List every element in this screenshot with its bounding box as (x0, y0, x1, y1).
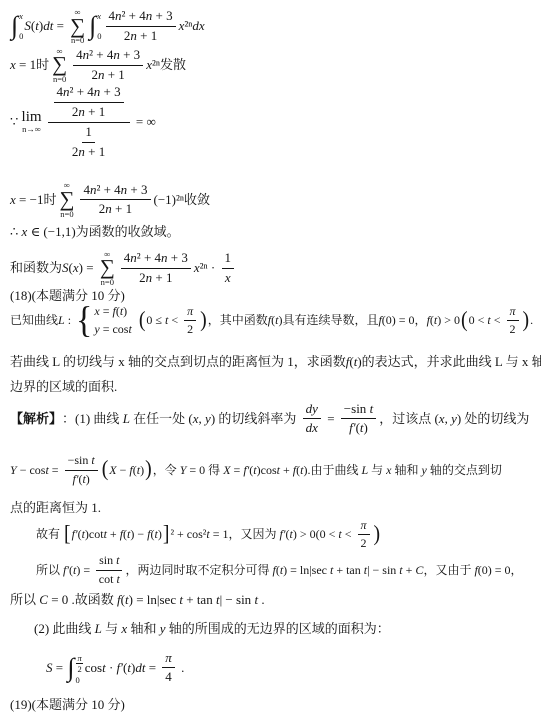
fraction-denominator: 12n + 1 (69, 123, 108, 161)
sum-lower-limit: n=0 (101, 278, 114, 287)
fraction: 4n² + 4n + 32n + 1 (80, 182, 150, 219)
text-run: 收敛 (184, 192, 210, 208)
fraction-numerator: 4n² + 4n + 3 (121, 250, 191, 269)
fraction-numerator: 1 (222, 250, 235, 269)
text-run: ) = (79, 260, 97, 276)
integral-symbol: ∫ (67, 655, 74, 681)
fraction-numerator: dy (303, 401, 321, 420)
math-variable: Y (180, 463, 187, 478)
text-run: ，令 (153, 463, 180, 478)
text-run: 的表达式，并求此曲线 L 与 x 轴与 y 轴无 (362, 354, 541, 370)
text-run: + 1 (152, 270, 172, 287)
text-run: 轴的交点到切 (427, 463, 502, 478)
integral-upper-limit: x (97, 11, 101, 22)
math-variable: π (361, 518, 367, 534)
big-delimiter: ( (461, 310, 468, 332)
math-variable: x (225, 270, 231, 287)
text-run: (0) = 0， (478, 563, 523, 578)
text-run: + 3 (152, 8, 172, 25)
text-run: ) 的切线斜率为 (211, 411, 300, 427)
text-run: · (106, 660, 117, 676)
text-run: ) − (130, 527, 147, 542)
summation: ∞∑n=0 (70, 8, 85, 45)
text-run: 和函数为 (10, 260, 62, 276)
math-variable: Y (10, 463, 17, 478)
text-run: = (53, 660, 67, 676)
integral-lower-limit: 0 (75, 675, 83, 686)
line-analysis-part1: 【解析】：(1) 曲线 L 在任一处 (x, y) 的切线斜率为 dydx = … (0, 401, 541, 438)
fraction-numerator: 4n² + 4n + 3 (73, 47, 143, 66)
cases-row: x = f(t) (94, 304, 131, 319)
big-delimiter: ) (145, 459, 152, 481)
text-run: sin (99, 553, 116, 569)
math-variable: π (77, 654, 81, 663)
text-run: ) (364, 420, 368, 437)
math-variable: t (370, 401, 374, 418)
text-run: 若曲线 L 的切线与 x 轴的交点到切点的距离恒为 1，求函数 (10, 354, 346, 370)
text-run: 点的距离恒为 1. (10, 500, 101, 516)
fraction-denominator: 4 (165, 668, 172, 686)
math-variable: dt (135, 660, 145, 676)
fraction: 4n² + 4n + 32n + 1 (121, 250, 191, 287)
fraction-denominator: x (225, 269, 231, 287)
text-run: = (49, 463, 62, 478)
text-run: ) > 0(0 < (293, 527, 339, 542)
fraction: 4n² + 4n + 32n + 1 (73, 47, 143, 84)
line-problem-statement-a: 若曲线 L 的切线与 x 轴的交点到切点的距离恒为 1，求函数f(t)的表达式，… (0, 354, 541, 370)
text-run: ) (158, 527, 162, 542)
text-run: ∵ (10, 114, 22, 130)
line-function-expression: 所以 C = 0 .故函数 f(t) = ln|sec t + tan t| −… (0, 592, 541, 608)
text-run: 在任一处 ( (130, 411, 193, 427)
text-run: | − sin (367, 563, 399, 578)
big-delimiter: ) (523, 310, 530, 332)
left-brace: { (76, 304, 92, 338)
text-run: + tan (183, 592, 216, 608)
text-run: 0 (75, 675, 79, 685)
line-tangent-line-equation: Y − cost = −sin tf′(t)(X − f(t))，令 Y = 0… (0, 453, 541, 487)
fraction-denominator: 2n + 1 (72, 103, 105, 121)
text-run: 1 (225, 250, 232, 267)
text-run: − cos (17, 463, 46, 478)
text-run: . (178, 660, 185, 676)
text-run: : (65, 313, 74, 328)
math-variable: x (97, 11, 101, 21)
text-run: ∴ (10, 224, 22, 240)
text-run: + 1 (112, 201, 132, 218)
text-run: | − sin (220, 592, 255, 608)
text-run: ) (140, 463, 144, 478)
limit: limn→∞ (22, 110, 42, 134)
integral-lower-limit: 0 (19, 31, 23, 42)
fraction: 1x (222, 250, 235, 287)
fraction-denominator: 2n + 1 (72, 143, 105, 161)
text-run: ²ⁿ (184, 18, 192, 34)
text-run: 所以 (36, 563, 63, 578)
integral-limits: x0 (97, 11, 101, 41)
fraction: 4n² + 4n + 32n + 1 (54, 84, 124, 121)
big-delimiter: [ (64, 524, 71, 546)
math-variable: dy (306, 401, 318, 418)
text-run: 0 < (469, 313, 488, 328)
math-variable: t (128, 322, 131, 337)
text-run: + (280, 463, 293, 478)
text-run: = (231, 463, 244, 478)
text-run: ² + 4 (89, 47, 113, 64)
fraction-denominator: 2n + 1 (91, 66, 124, 84)
integral-symbol: ∫ (11, 13, 18, 39)
fraction: sin tcot t (96, 553, 122, 587)
text-run: 轴的所围成的无边界的区域的面积为： (166, 621, 390, 637)
text-run: = (100, 304, 113, 319)
text-run: + 1 (137, 28, 157, 45)
lim-text: lim (22, 110, 42, 125)
math-variable: dx (192, 18, 204, 34)
sum-lower-limit: n=0 (53, 75, 66, 84)
text-run: + 1 (85, 144, 105, 161)
text-run: = 0 得 (186, 463, 223, 478)
fraction-numerator: π (184, 304, 196, 322)
text-run: + 3 (120, 47, 140, 64)
math-variable: dx (306, 420, 318, 437)
fraction: −sin tf′(t) (341, 401, 376, 438)
text-run: ² + 4 (122, 8, 146, 25)
text-run: 轴和 (127, 621, 160, 637)
text-run: 0 (97, 31, 101, 41)
text-run: −sin (68, 453, 92, 469)
summation: ∞∑n=0 (59, 181, 74, 218)
text-run: ) (86, 472, 90, 488)
text-run: 发散 (160, 57, 186, 73)
line-limit-ratio: ∵ limn→∞4n² + 4n + 32n + 112n + 1 = ∞ (0, 84, 541, 161)
text-run: ：(1) 曲线 (62, 411, 123, 427)
text-run: ) 处的切线为 (457, 411, 530, 427)
fraction: π2 (76, 654, 82, 675)
integral-upper-limit: π2 (75, 653, 83, 675)
fraction-numerator: π (358, 518, 370, 536)
line-xneg1-convergent: x = −1时∞∑n=04n² + 4n + 32n + 1(−1)²ⁿ收敛 (0, 181, 541, 218)
fraction: π2 (358, 518, 370, 552)
fraction-denominator: 2n + 1 (139, 269, 172, 287)
text-run: cot (99, 572, 117, 588)
text-run: ) = (76, 563, 93, 578)
math-variable: L (361, 463, 368, 478)
text-run: − (117, 463, 130, 478)
fraction-numerator: π (76, 654, 82, 664)
line-problem19-header: (19)(本题满分 10 分) (0, 697, 541, 713)
text-run: 0 (19, 31, 23, 41)
math-variable: t (116, 553, 119, 569)
integral: ∫π20 (67, 653, 83, 683)
text-run: = ∞ (133, 114, 156, 130)
text-run: = (324, 411, 338, 427)
summation: ∞∑n=0 (100, 250, 115, 287)
math-variable: x (19, 11, 23, 21)
text-run: + 3 (127, 182, 147, 199)
text-run: = 0 .故函数 (48, 592, 117, 608)
text-run: < (491, 313, 504, 328)
line-problem-statement-b: 边界的区域的面积. (0, 379, 541, 395)
fraction-denominator: cot t (99, 571, 120, 588)
text-run: + (107, 527, 120, 542)
math-variable: t (116, 572, 119, 588)
text-run: ，过该点 ( (379, 411, 439, 427)
text-run: 边界的区域的面积. (10, 379, 117, 395)
text-run: = (145, 660, 159, 676)
fraction-numerator: −sin t (341, 401, 376, 420)
fraction-numerator: −sin t (65, 453, 98, 471)
sum-lower-limit: n=0 (71, 36, 84, 45)
line-part2-statement: (2) 此曲线 L 与 x 轴和 y 轴的所围成的无边界的区域的面积为： (0, 621, 541, 637)
text-run: 2 (361, 536, 367, 552)
text-run: + 3 (168, 250, 188, 267)
fraction: π4 (162, 650, 175, 687)
fraction-numerator: 4n² + 4n + 32n + 1 (48, 84, 130, 123)
big-delimiter: ) (200, 310, 207, 332)
math-variable: X (109, 463, 116, 478)
text-run: + 1 (104, 67, 124, 84)
line-curve-definition: 已知曲线L : {x = f(t)y = cost(0 ≤ t < π2)，其中… (0, 304, 541, 338)
fraction: 4n² + 4n + 32n + 112n + 1 (48, 84, 130, 161)
line-distance-condition: 点的距离恒为 1. (0, 500, 541, 516)
text-run: cos (85, 660, 102, 676)
text-run: ²ⁿ (152, 57, 160, 73)
text-run: (0) = 0， (382, 313, 427, 328)
text-run: + 3 (100, 84, 120, 101)
sum-lower-limit: n=0 (60, 210, 73, 219)
text-run: 1 (85, 124, 92, 141)
fraction-denominator: 2n + 1 (124, 27, 157, 45)
text-run: ，又由于 (423, 563, 474, 578)
math-variable: π (165, 650, 172, 667)
integral-upper-limit: x (19, 11, 23, 22)
text-run: (−1) (154, 192, 177, 208)
fraction: dydx (303, 401, 321, 438)
fraction-denominator: f′(t) (349, 419, 368, 437)
fraction-denominator: 2 (187, 321, 193, 338)
text-run: ) = ln|sec (129, 592, 180, 608)
text-run: 2 (77, 665, 81, 674)
sigma-symbol: ∑ (59, 190, 74, 210)
text-run: 2 (187, 322, 193, 338)
text-run: . (258, 592, 265, 608)
text-run: ) = ln|sec (283, 563, 330, 578)
text-run: ，两边同时取不定积分可得 (125, 563, 272, 578)
text-run: 与 (368, 463, 386, 478)
text-run: 轴和 (391, 463, 421, 478)
sigma-symbol: ∑ (100, 258, 115, 278)
fraction: 4n² + 4n + 32n + 1 (106, 8, 176, 45)
fraction-denominator: 2n + 1 (99, 200, 132, 218)
cases-row: y = cost (94, 322, 131, 337)
text-run: < (342, 527, 355, 542)
fraction-denominator: 2 (510, 321, 516, 338)
integral: ∫x0 (89, 11, 101, 41)
text-run: + tan (333, 563, 363, 578)
text-run: = 1时 (16, 57, 49, 73)
text-run: = cos (100, 322, 129, 337)
sigma-symbol: ∑ (70, 17, 85, 37)
line-x1-divergent: x = 1时∞∑n=04n² + 4n + 32n + 1x²ⁿ发散 (0, 47, 541, 84)
cases-group: {x = f(t)y = cost (76, 304, 132, 337)
math-variable: L (58, 313, 65, 328)
fraction-numerator: sin t (96, 553, 122, 571)
text-run: < (168, 313, 181, 328)
text-run: . (530, 313, 533, 328)
text-run: ∈ (−1,1)为函数的收敛域。 (27, 224, 179, 240)
text-run: = 1，又因为 (210, 527, 280, 542)
big-delimiter: ] (163, 524, 170, 546)
fraction-denominator: f′(t) (72, 471, 89, 488)
math-variable: C (39, 592, 48, 608)
fraction-numerator: 4n² + 4n + 3 (80, 182, 150, 201)
text-run: ² + 4 (96, 182, 120, 199)
big-delimiter: ) (374, 524, 381, 546)
line-area-integral: S = ∫π20cost · f′(t)dt = π4 . (0, 650, 541, 687)
math-solution-document: ∫x0S(t)dt = ∞∑n=0∫x04n² + 4n + 32n + 1x²… (0, 0, 541, 726)
integral-lower-limit: 0 (97, 31, 101, 42)
text-run: 已知曲线 (10, 313, 58, 328)
text-run: · (208, 260, 219, 276)
fraction-numerator: 4n² + 4n + 3 (54, 84, 124, 103)
text-run: + (403, 563, 416, 578)
fraction-numerator: 4n² + 4n + 3 (106, 8, 176, 27)
text-run: 所以 (10, 592, 39, 608)
text-run: 4 (165, 669, 172, 686)
text-run: )cot (85, 527, 104, 542)
math-variable: dt (43, 18, 53, 34)
text-run: ² + 4 (137, 250, 161, 267)
text-run: ) (123, 304, 127, 319)
fraction: −sin tf′(t) (65, 453, 98, 487)
fraction-denominator: 2 (361, 535, 367, 552)
text-run: (2) 此曲线 (34, 621, 95, 637)
fraction-denominator: 2 (77, 664, 81, 674)
text-run: + 1 (85, 104, 105, 121)
math-variable: X (223, 463, 230, 478)
summation: ∞∑n=0 (52, 47, 67, 84)
fraction: π2 (184, 304, 196, 338)
fraction-numerator: 1 (82, 124, 95, 143)
math-variable: C (415, 563, 423, 578)
text-run: .由于曲线 (307, 463, 361, 478)
math-variable: π (510, 304, 516, 320)
bold-label: 【解析】 (10, 411, 62, 427)
integral: ∫x0 (11, 11, 23, 41)
sigma-symbol: ∑ (52, 55, 67, 75)
text-run: ² + 4 (70, 84, 94, 101)
line-sum-function: 和函数为S(x) = ∞∑n=04n² + 4n + 32n + 1x²ⁿ · … (0, 250, 541, 287)
fraction: 12n + 1 (72, 124, 105, 161)
fraction: π2 (507, 304, 519, 338)
math-variable: t (91, 453, 94, 469)
text-run: 2 (510, 322, 516, 338)
fraction-numerator: π (507, 304, 519, 322)
text-run: 与 (102, 621, 122, 637)
cases-rows: x = f(t)y = cost (94, 304, 131, 337)
fraction-numerator: π (162, 650, 175, 669)
big-delimiter: ( (102, 459, 109, 481)
fraction-denominator: dx (306, 419, 318, 437)
math-variable: L (95, 621, 102, 637)
text-run: )cos (257, 463, 277, 478)
text-run: ²ⁿ (176, 192, 184, 208)
big-delimiter: ( (139, 310, 146, 332)
line-antiderivative: 所以 f′(t) = sin tcot t，两边同时取不定积分可得 f(t) =… (0, 553, 541, 587)
integral-limits: π20 (75, 653, 83, 683)
line-squared-equation: 故有 [f′(t)cott + f(t) − f(t)]² + cos²t = … (0, 518, 541, 552)
line-integral-series: ∫x0S(t)dt = ∞∑n=0∫x04n² + 4n + 32n + 1x²… (0, 8, 541, 45)
text-run: ²ⁿ (200, 260, 208, 276)
integral-limits: x0 (19, 11, 23, 41)
text-run: 故有 (36, 527, 63, 542)
text-run: (19)(本题满分 10 分) (10, 697, 125, 713)
line-convergence-domain: ∴ x ∈ (−1,1)为函数的收敛域。 (0, 224, 541, 240)
text-run: ，其中函数 (208, 313, 268, 328)
text-run: 0 ≤ (146, 313, 165, 328)
text-run: ) > 0 (437, 313, 460, 328)
text-run: = −1时 (16, 192, 57, 208)
text-run: −sin (344, 401, 370, 418)
text-run: 具有连续导数，且 (282, 313, 378, 328)
text-run: (18)(本题满分 10 分) (10, 288, 125, 304)
text-run: ² + cos² (170, 527, 206, 542)
lim-subscript: n→∞ (22, 125, 41, 134)
math-variable: L (123, 411, 130, 427)
math-variable: π (187, 304, 193, 320)
integral-symbol: ∫ (89, 13, 96, 39)
text-run: = (53, 18, 67, 34)
